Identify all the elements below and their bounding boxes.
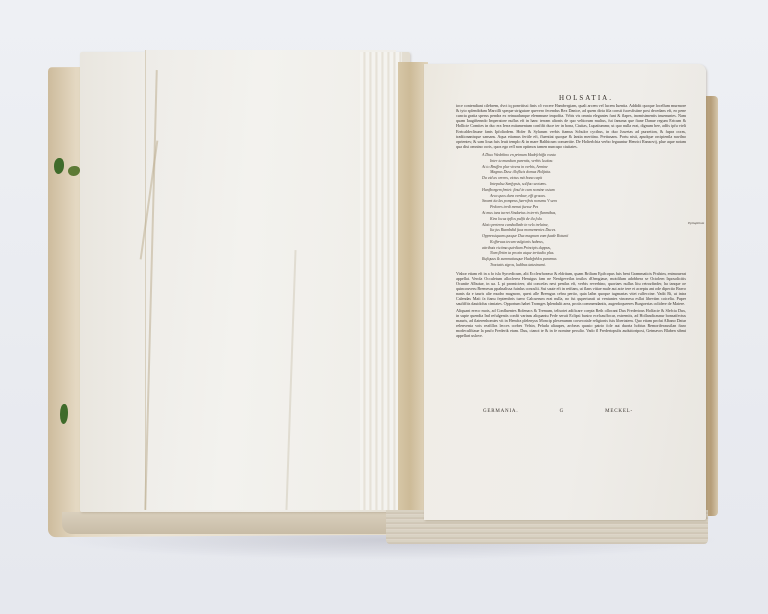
body-paragraph: Visbor etiam eft in a fo isla Syrcedicum… bbox=[456, 271, 686, 307]
marginal-note: Epitaphium bbox=[688, 221, 704, 225]
book-photograph: HOLSATIA. ioce contendiant cilebrem, dvc… bbox=[0, 0, 768, 614]
left-page-edges bbox=[360, 52, 402, 510]
verse-line: Tractatis sigros, ludibus tatusinami. bbox=[482, 262, 632, 268]
left-cover-bottom-edge bbox=[62, 512, 392, 534]
printed-text-block: HOLSATIA. ioce contendiant cilebrem, dvc… bbox=[456, 96, 686, 339]
body-paragraph: Aliquant ereco mois, ad Confluentes Role… bbox=[456, 308, 686, 339]
body-paragraph: ioce contendiant cilebrem, dvct iq ponvi… bbox=[456, 103, 686, 149]
page-heading: HOLSATIA. bbox=[456, 96, 686, 101]
verse-block: A Diuo Wedekino en primum Hadefchiffa vo… bbox=[482, 152, 632, 268]
catchword: MECKEL- bbox=[605, 409, 633, 414]
signature-mark: G bbox=[560, 409, 564, 414]
left-blank-page bbox=[145, 50, 396, 510]
page-footer: GERMANIA. G MECKEL- bbox=[483, 409, 633, 414]
footer-title: GERMANIA. bbox=[483, 409, 518, 414]
